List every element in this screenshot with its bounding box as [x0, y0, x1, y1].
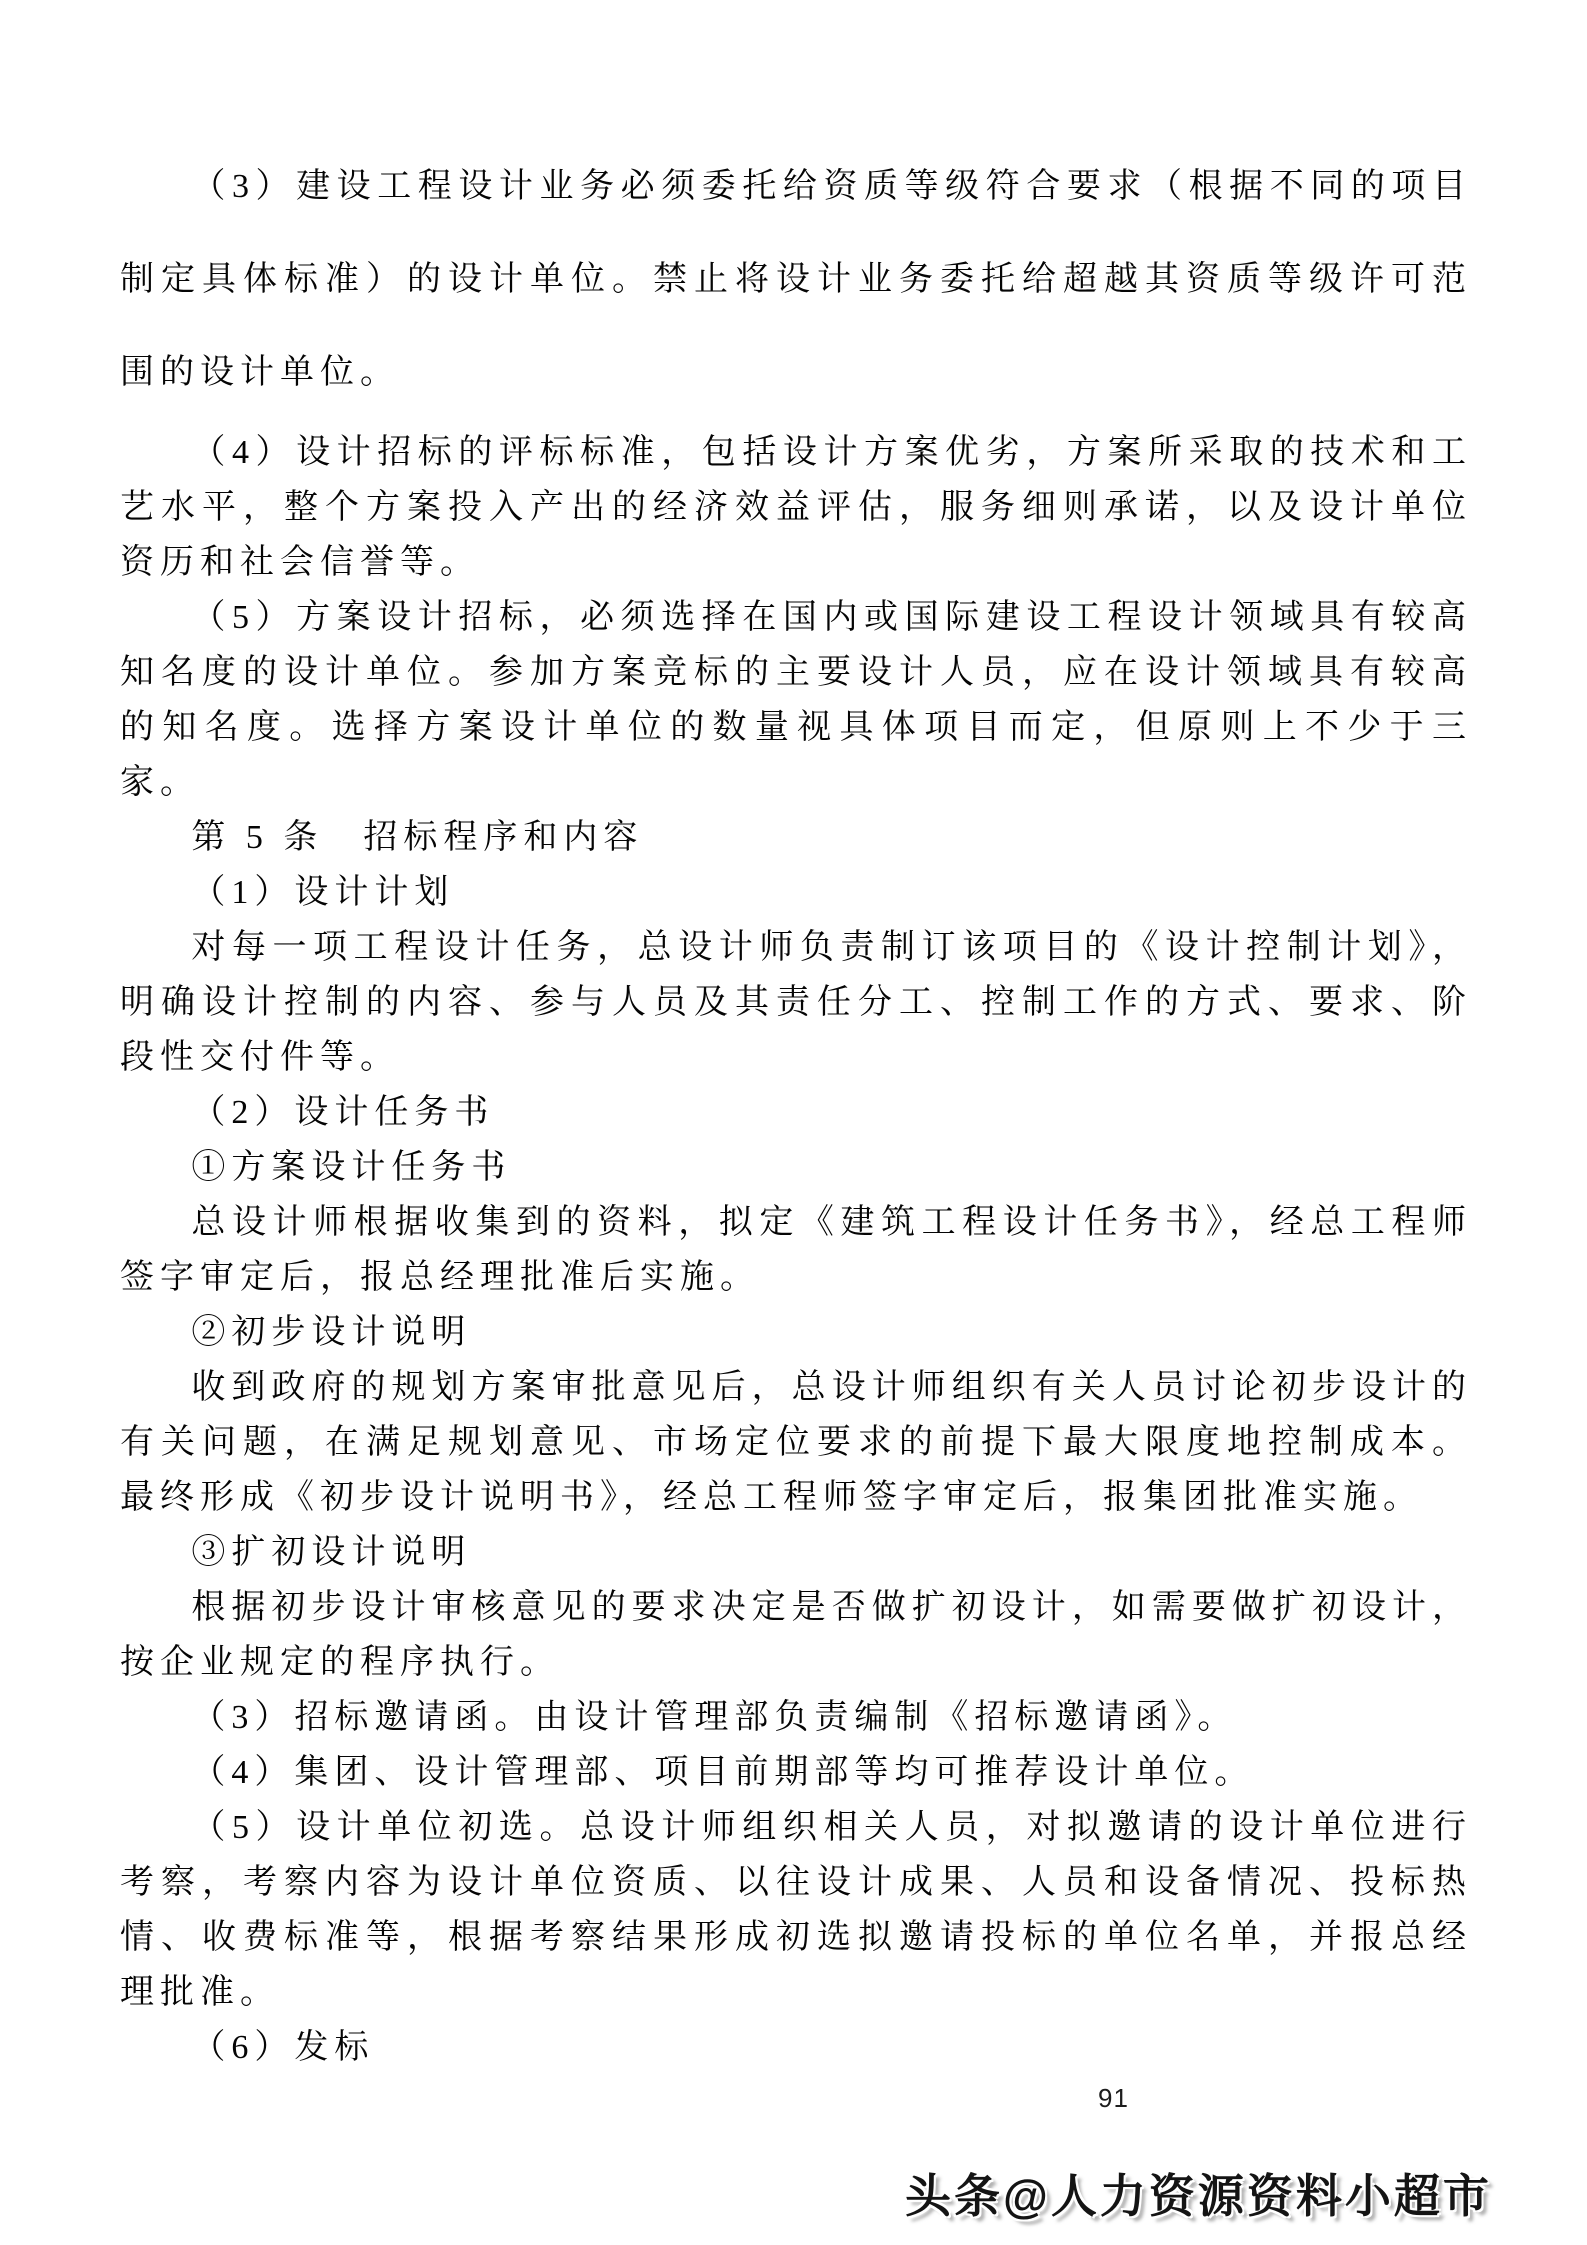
paragraph: （3）招标邀请函。由设计管理部负责编制《招标邀请函》。 — [120, 1690, 1472, 1745]
paragraph: （6）发标 — [120, 2020, 1472, 2075]
paragraph: 收到政府的规划方案审批意见后，总设计师组织有关人员讨论初步设计的有关问题，在满足… — [120, 1360, 1472, 1525]
paragraph: 根据初步设计审核意见的要求决定是否做扩初设计，如需要做扩初设计，按企业规定的程序… — [120, 1580, 1472, 1690]
paragraph: （5）设计单位初选。总设计师组织相关人员，对拟邀请的设计单位进行考察，考察内容为… — [120, 1800, 1472, 2020]
paragraph: ②初步设计说明 — [120, 1305, 1472, 1360]
paragraph: （1）设计计划 — [120, 865, 1472, 920]
document-page: （3）建设工程设计业务必须委托给资质等级符合要求（根据不同的项目制定具体标准）的… — [0, 0, 1587, 2245]
paragraph: （4）设计招标的评标标准，包括设计方案优劣，方案所采取的技术和工艺水平，整个方案… — [120, 425, 1472, 590]
paragraph: 总设计师根据收集到的资料，拟定《建筑工程设计任务书》，经总工程师签字审定后，报总… — [120, 1195, 1472, 1305]
watermark-text: 头条@人力资源资料小超市 — [905, 2160, 1492, 2226]
paragraph: （4）集团、设计管理部、项目前期部等均可推荐设计单位。 — [120, 1745, 1472, 1800]
paragraph: ①方案设计任务书 — [120, 1140, 1472, 1195]
document-body: （3）建设工程设计业务必须委托给资质等级符合要求（根据不同的项目制定具体标准）的… — [120, 140, 1472, 2075]
page-number: 91 — [1098, 2083, 1129, 2114]
paragraph: （2）设计任务书 — [120, 1085, 1472, 1140]
paragraph: 对每一项工程设计任务，总设计师负责制订该项目的《设计控制计划》，明确设计控制的内… — [120, 920, 1472, 1085]
section-heading: 第 5 条 招标程序和内容 — [120, 810, 1472, 865]
paragraph: （3）建设工程设计业务必须委托给资质等级符合要求（根据不同的项目制定具体标准）的… — [120, 140, 1472, 419]
paragraph: （5）方案设计招标，必须选择在国内或国际建设工程设计领域具有较高知名度的设计单位… — [120, 590, 1472, 810]
paragraph: ③扩初设计说明 — [120, 1525, 1472, 1580]
